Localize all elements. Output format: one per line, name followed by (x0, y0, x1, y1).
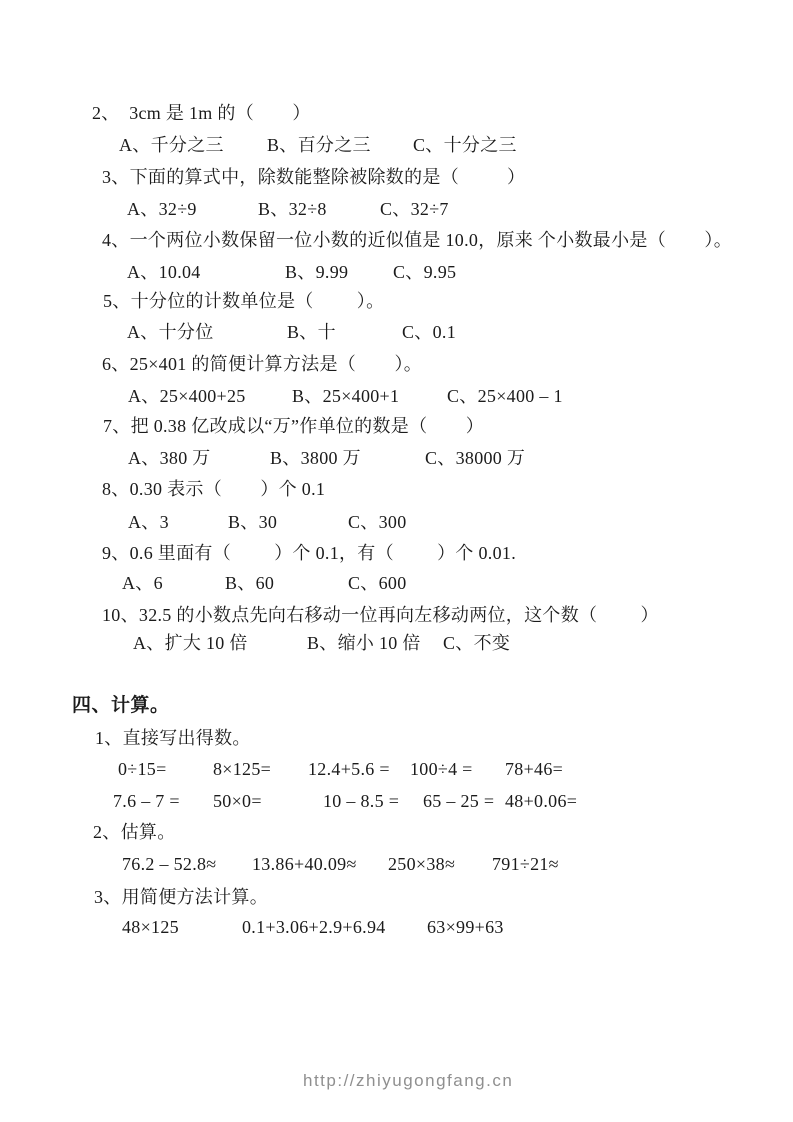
option-c: C、300 (348, 510, 407, 534)
calc-sub2-label: 2、估算。 (93, 820, 176, 844)
question-6-options: A、25×400+25 B、25×400+1 C、25×400 – 1 (0, 384, 793, 408)
question-9-text: 9、0.6 里面有（ ）个 0.1，有（ ）个 0.01. (102, 541, 516, 565)
equation: 12.4+5.6 = (308, 757, 390, 781)
calc-sub3-row: 48×125 0.1+3.06+2.9+6.94 63×99+63 (0, 915, 793, 939)
option-c: C、9.95 (393, 260, 456, 284)
equation: 250×38≈ (388, 852, 455, 876)
equation: 13.86+40.09≈ (252, 852, 357, 876)
option-b: B、30 (228, 510, 277, 534)
question-5-options: A、十分位 B、十 C、0.1 (0, 320, 793, 344)
option-a: A、千分之三 (119, 133, 224, 157)
question-4-options: A、10.04 B、9.99 C、9.95 (0, 260, 793, 284)
option-b: B、百分之三 (267, 133, 371, 157)
option-b: B、3800 万 (270, 446, 361, 470)
option-a: A、25×400+25 (128, 384, 246, 408)
option-a: A、380 万 (128, 446, 211, 470)
calc-sub3-label: 3、用简便方法计算。 (94, 885, 268, 909)
option-a: A、3 (128, 510, 169, 534)
calc-sub1-row2: 7.6 – 7 = 50×0= 10 – 8.5 = 65 – 25 = 48+… (0, 789, 793, 813)
option-a: A、10.04 (127, 260, 201, 284)
option-b: B、9.99 (285, 260, 348, 284)
equation: 48+0.06= (505, 789, 577, 813)
equation: 10 – 8.5 = (323, 789, 399, 813)
equation: 76.2 – 52.8≈ (122, 852, 216, 876)
option-a: A、6 (122, 571, 163, 595)
question-10-options: A、扩大 10 倍 B、缩小 10 倍 C、不变 (0, 631, 793, 655)
question-3-options: A、32÷9 B、32÷8 C、32÷7 (0, 197, 793, 221)
question-6-text: 6、25×401 的简便计算方法是（ ）。 (102, 352, 422, 376)
option-c: C、0.1 (402, 320, 456, 344)
question-3-text: 3、下面的算式中，除数能整除被除数的是（ ） (102, 165, 525, 189)
option-a: A、32÷9 (127, 197, 197, 221)
question-7-text: 7、把 0.38 亿改成以“万”作单位的数是（ ） (103, 414, 484, 438)
equation: 63×99+63 (427, 915, 504, 939)
option-c: C、600 (348, 571, 407, 595)
question-2-text: 2、 3cm 是 1m 的（ ） (92, 101, 311, 125)
option-c: C、32÷7 (380, 197, 449, 221)
question-8-options: A、3 B、30 C、300 (0, 510, 793, 534)
option-b: B、25×400+1 (292, 384, 399, 408)
question-5-text: 5、十分位的计数单位是（ ）。 (103, 289, 384, 313)
equation: 0÷15= (118, 757, 167, 781)
option-a: A、扩大 10 倍 (133, 631, 248, 655)
option-b: B、32÷8 (258, 197, 327, 221)
equation: 65 – 25 = (423, 789, 494, 813)
calc-sub2-row: 76.2 – 52.8≈ 13.86+40.09≈ 250×38≈ 791÷21… (0, 852, 793, 876)
equation: 0.1+3.06+2.9+6.94 (242, 915, 386, 939)
option-c: C、不变 (443, 631, 510, 655)
option-a: A、十分位 (127, 320, 214, 344)
question-2-options: A、千分之三 B、百分之三 C、十分之三 (0, 133, 793, 157)
question-7-options: A、380 万 B、3800 万 C、38000 万 (0, 446, 793, 470)
equation: 48×125 (122, 915, 179, 939)
equation: 78+46= (505, 757, 563, 781)
question-9-options: A、6 B、60 C、600 (0, 571, 793, 595)
calc-sub1-row1: 0÷15= 8×125= 12.4+5.6 = 100÷4 = 78+46= (0, 757, 793, 781)
equation: 50×0= (213, 789, 262, 813)
option-b: B、十 (287, 320, 336, 344)
question-8-text: 8、0.30 表示（ ）个 0.1 (102, 477, 325, 501)
option-c: C、十分之三 (413, 133, 517, 157)
calc-section-title: 四、计算。 (72, 694, 170, 718)
equation: 7.6 – 7 = (113, 789, 180, 813)
option-b: B、缩小 10 倍 (307, 631, 421, 655)
option-c: C、25×400 – 1 (447, 384, 563, 408)
equation: 791÷21≈ (492, 852, 559, 876)
question-4-text: 4、一个两位小数保留一位小数的近似值是 10.0，原来 个小数最小是（ ）。 (102, 228, 732, 252)
question-10-text: 10、32.5 的小数点先向右移动一位再向左移动两位，这个数（ ） (102, 603, 659, 627)
watermark-url: http://zhiyugongfang.cn (303, 1071, 513, 1091)
equation: 8×125= (213, 757, 271, 781)
worksheet-page: 2、 3cm 是 1m 的（ ） A、千分之三 B、百分之三 C、十分之三 3、… (0, 0, 793, 1122)
calc-sub1-label: 1、直接写出得数。 (95, 726, 251, 750)
option-c: C、38000 万 (425, 446, 525, 470)
equation: 100÷4 = (410, 757, 473, 781)
option-b: B、60 (225, 571, 274, 595)
